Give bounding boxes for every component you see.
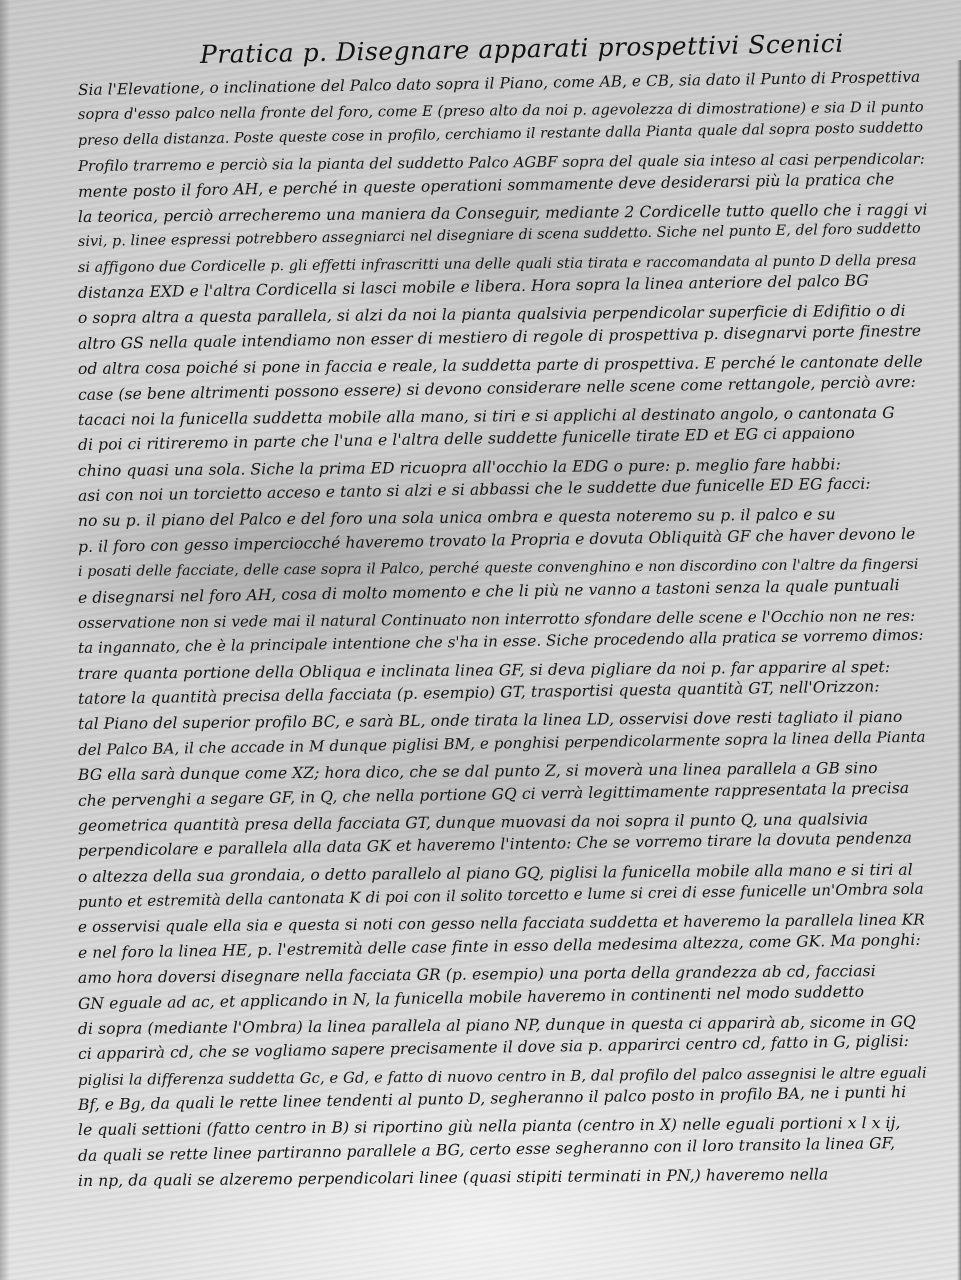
page-left-edge-shadow [0,0,10,1280]
manuscript-body: Sia l'Elevatione, o inclinatione del Pal… [78,78,928,1195]
text-line: in np, da quali se alzeremo perpendicola… [78,1163,818,1195]
manuscript-title: Pratica p. Disegnare apparati prospettiv… [200,30,760,69]
page-right-edge-shadow [957,60,961,1280]
manuscript-page: Pratica p. Disegnare apparati prospettiv… [0,0,961,1280]
